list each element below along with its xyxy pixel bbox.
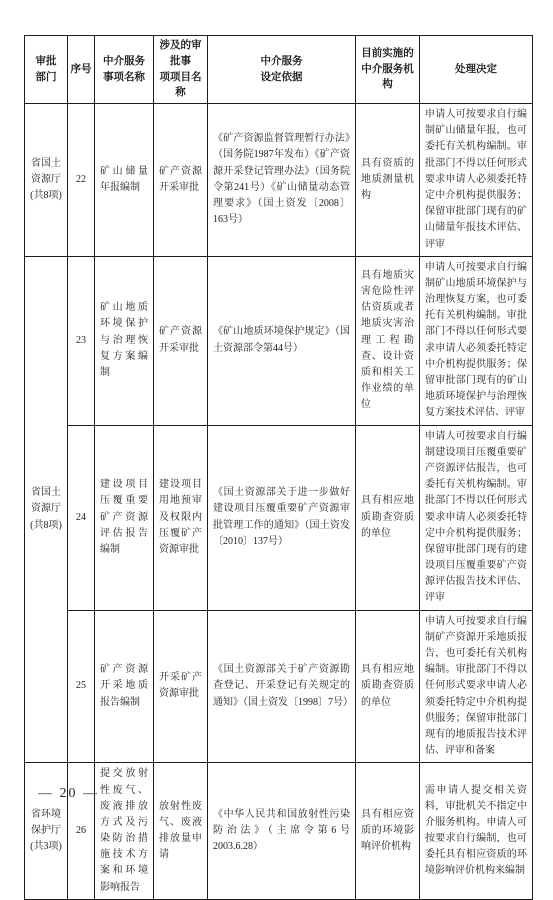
agency-cell: 具有相应资质的环境影响评价机构 (356, 763, 420, 900)
project-cell: 开采矿产资源审批 (154, 610, 208, 763)
seq-cell: 25 (68, 610, 95, 763)
basis-cell: 《矿产资源监督管理暂行办法》（国务院1987年发布）《矿产资源开采登记管理办法》… (208, 104, 356, 257)
basis-cell: 《国土资源部关于进一步做好建设项目压覆重要矿产资源审批管理工作的通知》（国土资发… (208, 425, 356, 610)
decision-cell: 申请人可按要求自行编制矿山储量年报，也可委托有关机构编制。审批部门不得以任何形式… (420, 104, 533, 257)
seq-cell: 23 (68, 256, 95, 425)
seq-cell: 22 (68, 104, 95, 257)
basis-cell: 《中华人民共和国放射性污染防治法》（主席令第6号 2003.6.28） (208, 763, 356, 900)
basis-cell: 《国土资源部关于矿产资源勘查登记、开采登记有关规定的通知》（国土资发〔1998〕… (208, 610, 356, 763)
col-header-approval-dept: 审批 部门 (25, 36, 68, 104)
dept-cell: 省环境 保护厅 (共3项) (25, 763, 68, 900)
service-item-cell: 矿山地质环境保护与治理恢复方案编制 (95, 256, 154, 425)
intermediary-services-table: 审批 部门 序号 中介服务 事项名称 涉及的审批事 项项目名称 中介服务 设定依… (24, 35, 533, 900)
col-header-basis: 中介服务 设定依据 (208, 36, 356, 104)
col-header-decision: 处理决定 (420, 36, 533, 104)
decision-cell: 申请人可按要求自行编制矿产资源开采地质报告，也可委托有关机构编制。审批部门不得以… (420, 610, 533, 763)
basis-cell: 《矿山地质环境保护规定》（国土资源部令第44号） (208, 256, 356, 425)
dept-cell: 省国土 资源厅 (共8项) (25, 104, 68, 257)
service-item-cell: 矿山储量年报编制 (95, 104, 154, 257)
table-row-23: 省国土 资源厅 (共8项) 23 矿山地质环境保护与治理恢复方案编制 矿产资源开… (25, 256, 533, 425)
seq-cell: 24 (68, 425, 95, 610)
project-cell: 矿产资源开采审批 (154, 104, 208, 257)
agency-cell: 具有相应地质勘查资质的单位 (356, 610, 420, 763)
service-item-cell: 提交放射性废气、废液排放方式及污染防治措施技术方案和环境影响报告 (95, 763, 154, 900)
table-row-24: 24 建设项目压覆重要矿产资源评估报告编制 建设项目用地预审及权限内压覆矿产资源… (25, 425, 533, 610)
service-item-cell: 建设项目压覆重要矿产资源评估报告编制 (95, 425, 154, 610)
agency-cell: 具有资质的地质测量机构 (356, 104, 420, 257)
document-page: { "page": { "number_label": "— 20 —" }, … (0, 0, 553, 841)
col-header-service-item: 中介服务 事项名称 (95, 36, 154, 104)
seq-cell: 26 (68, 763, 95, 900)
table-row-26: 省环境 保护厅 (共3项) 26 提交放射性废气、废液排放方式及污染防治措施技术… (25, 763, 533, 900)
col-header-agency: 目前实施的 中介服务机构 (356, 36, 420, 104)
agency-cell: 具有相应地质勘查资质的单位 (356, 425, 420, 610)
table-row-25: 25 矿产资源开采地质报告编制 开采矿产资源审批 《国土资源部关于矿产资源勘查登… (25, 610, 533, 763)
project-cell: 建设项目用地预审及权限内压覆矿产资源审批 (154, 425, 208, 610)
decision-cell: 申请人可按要求自行编制建设项目压覆重要矿产资源评估报告，也可委托有关机构编制。审… (420, 425, 533, 610)
service-item-cell: 矿产资源开采地质报告编制 (95, 610, 154, 763)
col-header-seq-no: 序号 (68, 36, 95, 104)
dept-cell: 省国土 资源厅 (共8项) (25, 256, 68, 763)
page-number: — 20 — (38, 786, 99, 802)
decision-cell: 需申请人提交相关资料，审批机关不指定中介服务机构。申请人可按要求自行编制，也可委… (420, 763, 533, 900)
project-cell: 放射性废气、废液排放量申请 (154, 763, 208, 900)
table-row-22: 省国土 资源厅 (共8项) 22 矿山储量年报编制 矿产资源开采审批 《矿产资源… (25, 104, 533, 257)
project-cell: 矿产资源开采审批 (154, 256, 208, 425)
table-header-row: 审批 部门 序号 中介服务 事项名称 涉及的审批事 项项目名称 中介服务 设定依… (25, 36, 533, 104)
col-header-project-name: 涉及的审批事 项项目名称 (154, 36, 208, 104)
decision-cell: 申请人可按要求自行编制矿山地质环境保护与治理恢复方案，也可委托有关机构编制。审批… (420, 256, 533, 425)
agency-cell: 具有地质灾害危险性评估资质或者地质灾害治理工程勘查、设计资质和相关工作业绩的单位 (356, 256, 420, 425)
